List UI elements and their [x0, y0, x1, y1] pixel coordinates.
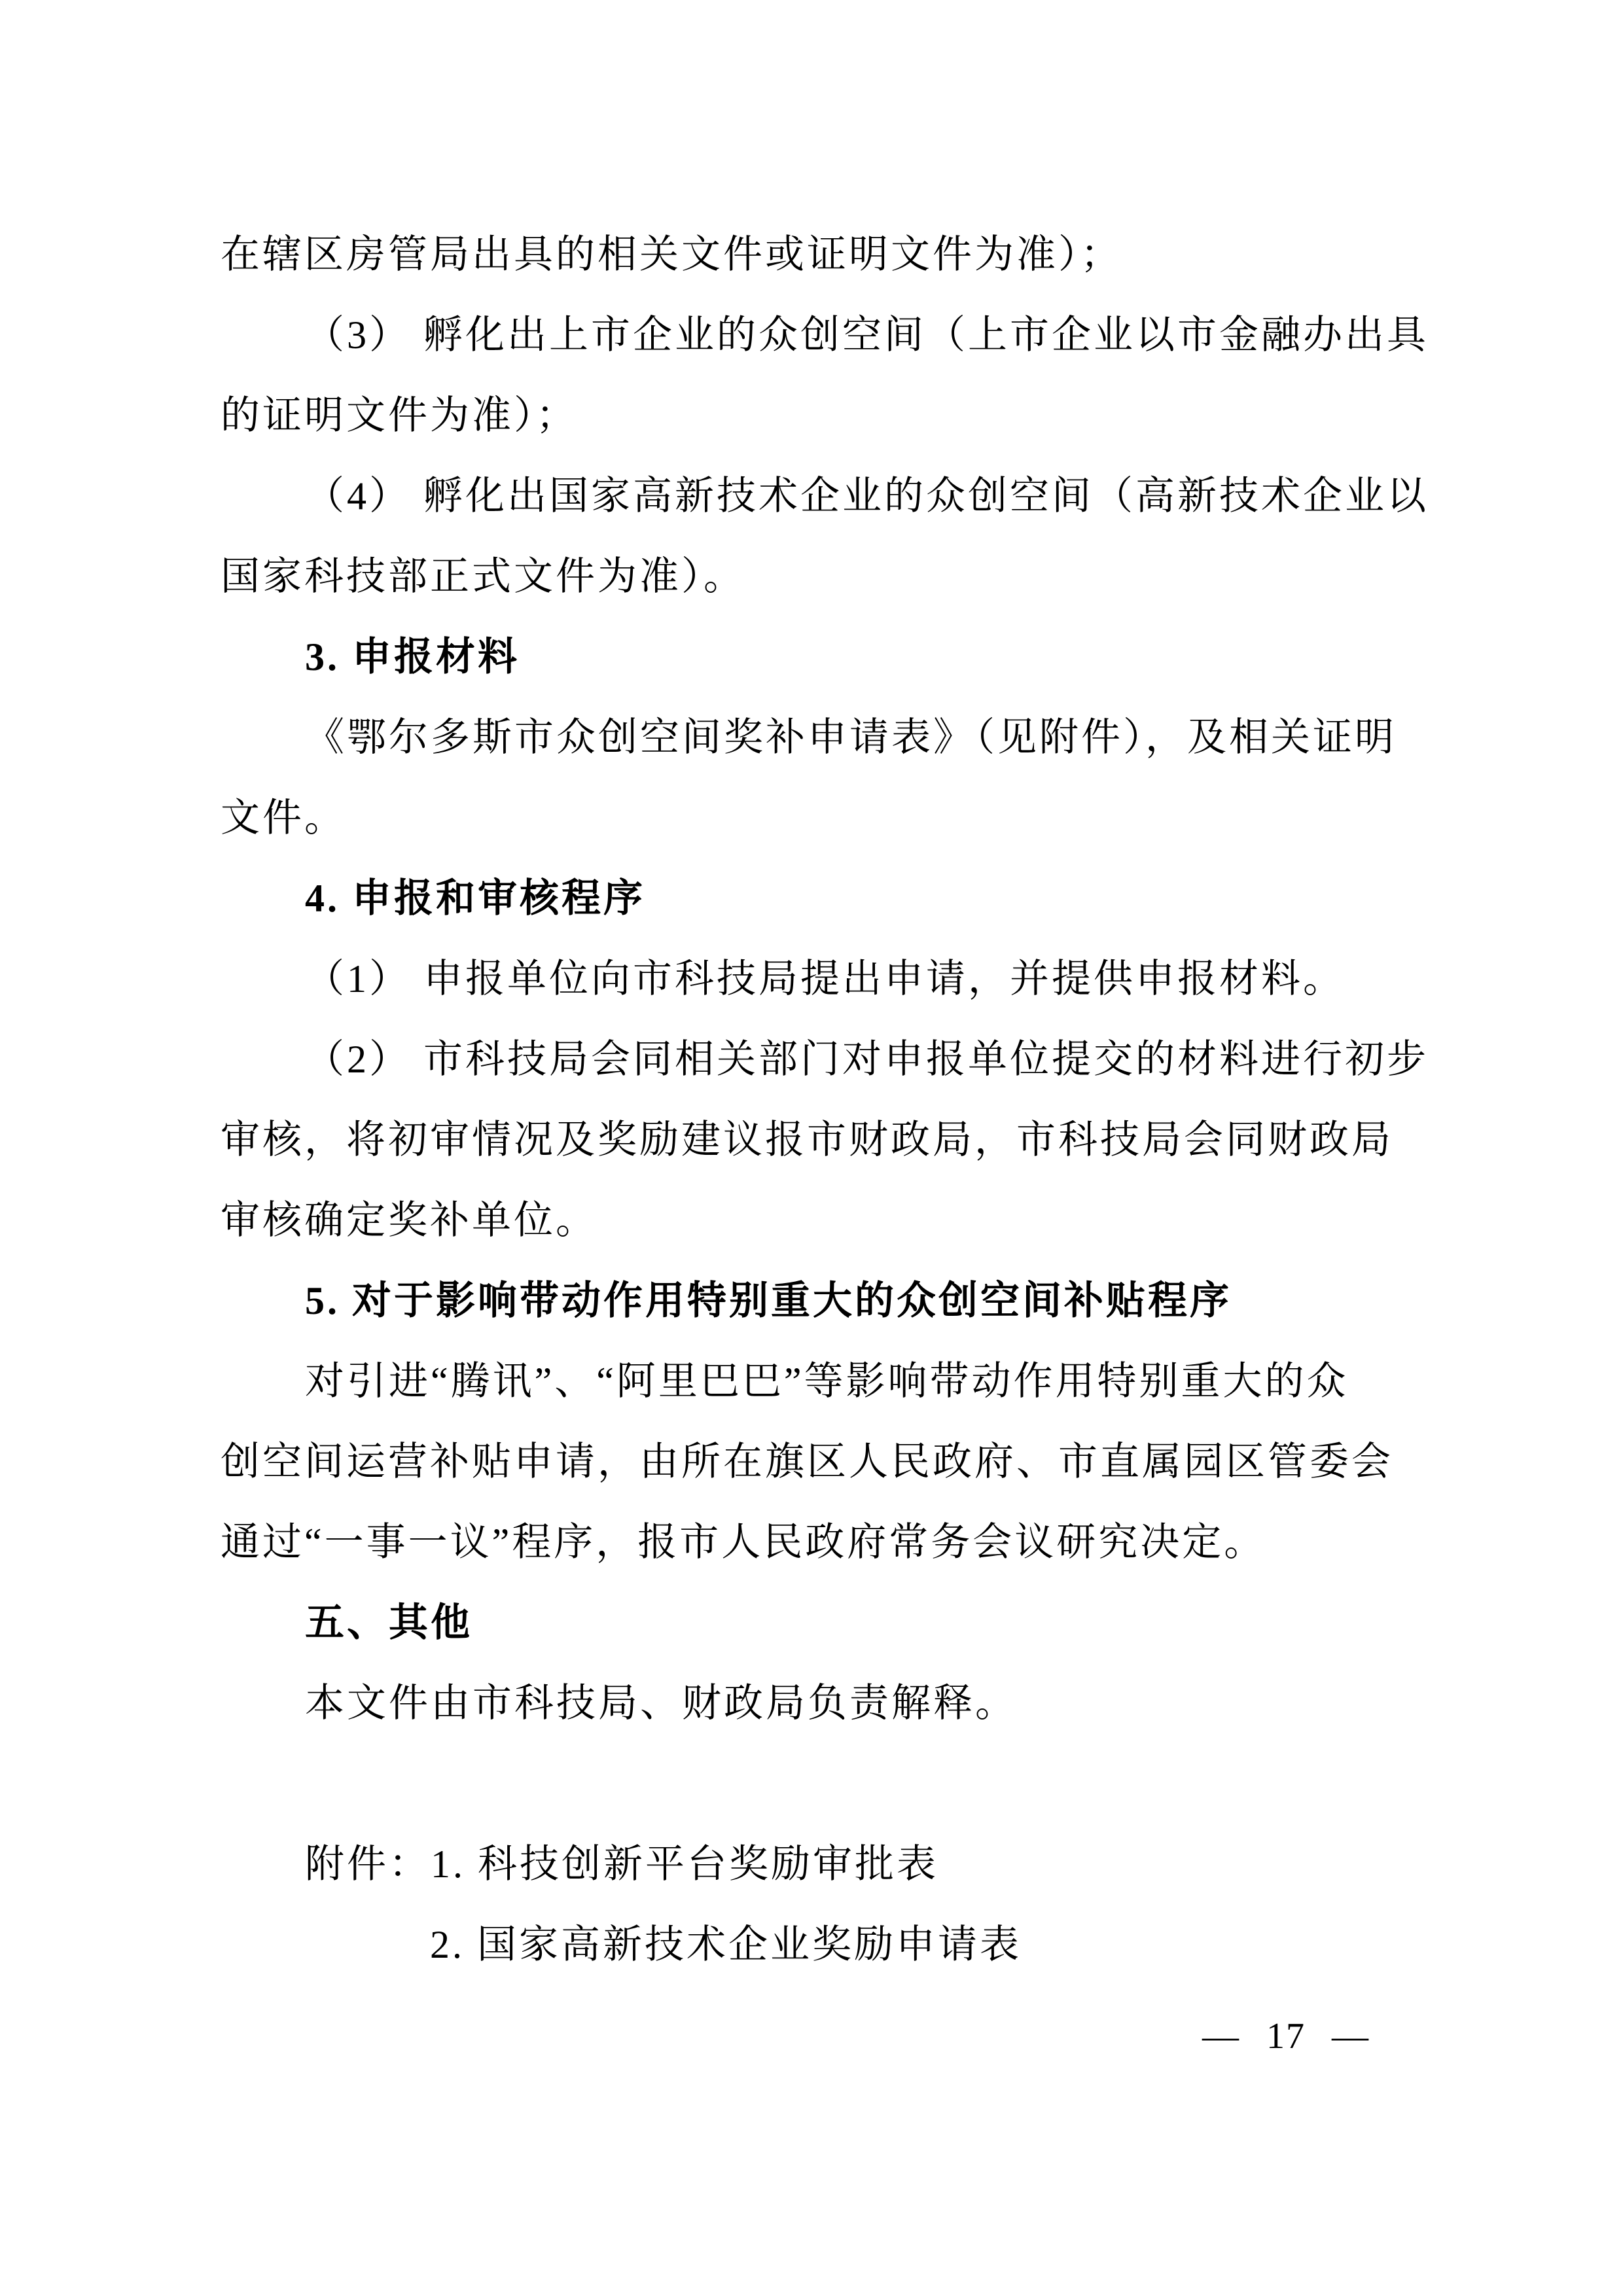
- doc-line: 创空间运营补贴申请，由所在旗区人民政府、市直属园区管委会: [221, 1422, 1418, 1502]
- doc-line: （3） 孵化出上市企业的众创空间（上市企业以市金融办出具: [221, 295, 1418, 376]
- doc-line: 文件。: [221, 778, 1418, 858]
- attachment-list-item-1: 附件：1. 科技创新平台奖励审批表: [221, 1824, 1418, 1905]
- doc-line: 本文件由市科技局、财政局负责解释。: [221, 1663, 1418, 1744]
- doc-line: 通过“一事一议”程序，报市人民政府常务会议研究决定。: [221, 1502, 1418, 1583]
- heading-major-impact-subsidy-procedure: 5. 对于影响带动作用特别重大的众创空间补贴程序: [221, 1261, 1418, 1341]
- doc-line: 审核确定奖补单位。: [221, 1180, 1418, 1261]
- document-body: 在辖区房管局出具的相关文件或证明文件为准）； （3） 孵化出上市企业的众创空间（…: [221, 215, 1418, 1985]
- heading-application-review-procedure: 4. 申报和审核程序: [221, 858, 1418, 939]
- doc-line: 的证明文件为准）；: [221, 376, 1418, 456]
- doc-line: （1） 申报单位向市科技局提出申请，并提供申报材料。: [221, 939, 1418, 1019]
- doc-line: 审核，将初审情况及奖励建议报市财政局，市科技局会同财政局: [221, 1100, 1418, 1180]
- doc-line: 对引进“腾讯”、“阿里巴巴”等影响带动作用特别重大的众: [221, 1341, 1418, 1422]
- doc-line: 《鄂尔多斯市众创空间奖补申请表》（见附件），及相关证明: [221, 698, 1418, 778]
- attachment-list-item-2: 2. 国家高新技术企业奖励申请表: [221, 1905, 1418, 1985]
- heading-application-materials: 3. 申报材料: [221, 617, 1418, 698]
- page-number: — 17 —: [1188, 2010, 1384, 2062]
- doc-line: （4） 孵化出国家高新技术企业的众创空间（高新技术企业以: [221, 456, 1418, 537]
- heading-other: 五、其他: [221, 1583, 1418, 1663]
- doc-line: 国家科技部正式文件为准）。: [221, 537, 1418, 617]
- doc-line: 在辖区房管局出具的相关文件或证明文件为准）；: [221, 215, 1418, 295]
- document-page: 在辖区房管局出具的相关文件或证明文件为准）； （3） 孵化出上市企业的众创空间（…: [0, 0, 1623, 2296]
- doc-line: （2） 市科技局会同相关部门对申报单位提交的材料进行初步: [221, 1019, 1418, 1100]
